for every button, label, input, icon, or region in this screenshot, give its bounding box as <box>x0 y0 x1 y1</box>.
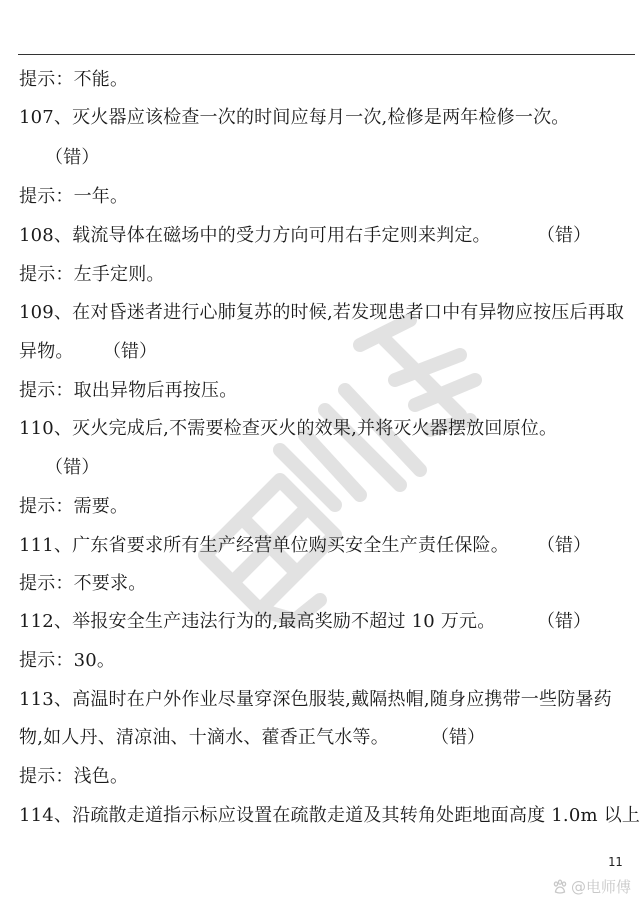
answer-mark: （错） <box>537 535 591 557</box>
hint-line: 提示：取出异物后再按压。 <box>19 380 237 402</box>
hint-line: 提示：需要。 <box>19 496 128 518</box>
brand-credit: @电师傅 <box>552 876 631 897</box>
question-line: 111、广东省要求所有生产经营单位购买安全生产责任保险。 <box>19 535 509 557</box>
hint-line: 提示：30。 <box>19 650 115 672</box>
answer-mark: （错） <box>103 341 157 363</box>
answer-mark: （错） <box>431 727 485 749</box>
baidu-paw-icon <box>552 879 568 895</box>
question-line: 109、在对昏迷者进行心肺复苏的时候,若发现患者口中有异物应按压后再取 <box>19 302 624 324</box>
question-line: 108、载流导体在磁场中的受力方向可用右手定则来判定。 <box>19 225 491 247</box>
question-line: 113、高温时在户外作业尽量穿深色服装,戴隔热帽,随身应携带一些防暑药 <box>19 689 612 711</box>
hint-line: 提示：不能。 <box>19 69 128 91</box>
question-line: （错） <box>45 147 100 169</box>
question-line: 异物。 <box>19 341 74 363</box>
header-rule <box>18 54 635 55</box>
question-line: 112、举报安全生产违法行为的,最高奖励不超过 10 万元。 <box>19 611 495 633</box>
hint-line: 提示：不要求。 <box>19 573 146 595</box>
question-line: （错） <box>45 457 100 479</box>
brand-credit-text: @电师傅 <box>571 876 631 897</box>
hint-line: 提示：浅色。 <box>19 766 128 788</box>
document-page: 提示：不能。107、灭火器应该检查一次的时间应每月一次,检修是两年检修一次。（错… <box>0 0 640 909</box>
question-line: 107、灭火器应该检查一次的时间应每月一次,检修是两年检修一次。 <box>19 107 569 129</box>
answer-mark: （错） <box>537 611 591 633</box>
hint-line: 提示：左手定则。 <box>19 264 165 286</box>
question-line: 114、沿疏散走道指示标应设置在疏散走道及其转角处距地面高度 1.0m 以上 <box>19 805 640 827</box>
hint-line: 提示：一年。 <box>19 186 128 208</box>
answer-mark: （错） <box>537 225 591 247</box>
question-line: 110、灭火完成后,不需要检查灭火的效果,并将灭火器摆放回原位。 <box>19 418 557 440</box>
page-number: 11 <box>608 855 622 869</box>
watermark-icon <box>185 300 485 630</box>
question-line: 物,如人丹、清凉油、十滴水、藿香正气水等。 <box>19 727 389 749</box>
